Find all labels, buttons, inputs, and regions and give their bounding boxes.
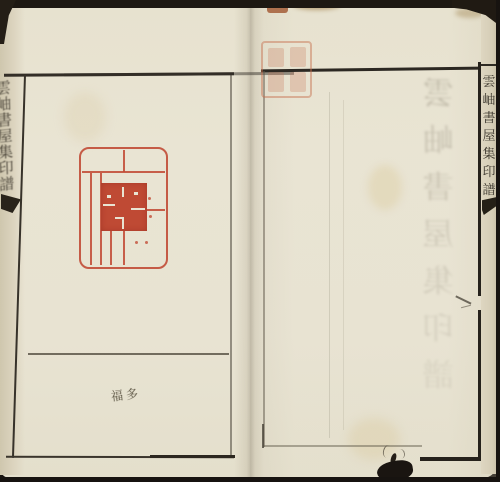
- paper-stain: [368, 165, 402, 210]
- left-fore-edge-label: 雲 岫 書 屋 集 印 譜: [0, 79, 18, 193]
- right-frame-bottom-border-heavy: [420, 457, 487, 461]
- ghost-char: 雲: [423, 72, 454, 119]
- bleed-through-title-ghost: 雲 岫 書 屋 集 印 譜: [416, 72, 460, 401]
- ghost-char: 譜: [423, 354, 454, 401]
- background-right-edge: [496, 0, 500, 482]
- left-page-inner-rule: [28, 353, 229, 355]
- background-bottom-edge: [0, 477, 500, 482]
- left-fore-edge: 雲 岫 書 屋 集 印 譜: [0, 7, 25, 475]
- faint-red-seal: [261, 41, 312, 98]
- seal-lower-rule: [123, 231, 125, 265]
- edge-label-char: 屋: [482, 128, 496, 146]
- edge-label-char: 書: [482, 110, 496, 128]
- fore-edge-top-rule: [481, 64, 497, 66]
- right-fore-edge-label: 雲 岫 書 屋 集 印 譜: [482, 74, 496, 200]
- left-frame-bottom-border-heavy: [150, 455, 235, 458]
- edge-label-char: 譜: [0, 175, 18, 193]
- ghost-char: 書: [423, 166, 454, 213]
- center-fold-shadow: [234, 6, 264, 478]
- bleed-through-rule: [329, 92, 330, 438]
- red-collector-seal: [79, 147, 168, 269]
- background-top-edge: [0, 0, 500, 8]
- photographed-book-spread: 雲 岫 書 屋 集 印 譜 雲 岫 書 屋 集 印 譜: [0, 0, 500, 482]
- edge-label-char: 集: [482, 146, 496, 164]
- seal-lower-rule: [110, 231, 112, 265]
- note-char: 福: [110, 388, 124, 403]
- seal-right-divider: [147, 209, 165, 211]
- ghost-char: 屋: [423, 213, 454, 260]
- ghost-char: 印: [423, 307, 454, 354]
- edge-label-char: 雲: [482, 74, 496, 92]
- ghost-char: 岫: [423, 119, 454, 166]
- seal-left-rule: [90, 173, 92, 265]
- edge-label-char: 印: [482, 164, 496, 182]
- bleed-through-rule: [343, 100, 344, 430]
- note-char: 多: [125, 386, 139, 401]
- right-frame-left-border: [263, 71, 265, 447]
- seal-center-relief-block: [101, 183, 147, 231]
- left-frame-right-border: [230, 75, 232, 457]
- edge-label-char: 岫: [482, 92, 496, 110]
- right-frame-bottom-border: [264, 445, 422, 447]
- edge-label-char: 譜: [482, 182, 496, 200]
- ghost-char: 集: [423, 260, 454, 307]
- seal-top-center-divider: [123, 150, 125, 172]
- paper-stain: [64, 92, 106, 142]
